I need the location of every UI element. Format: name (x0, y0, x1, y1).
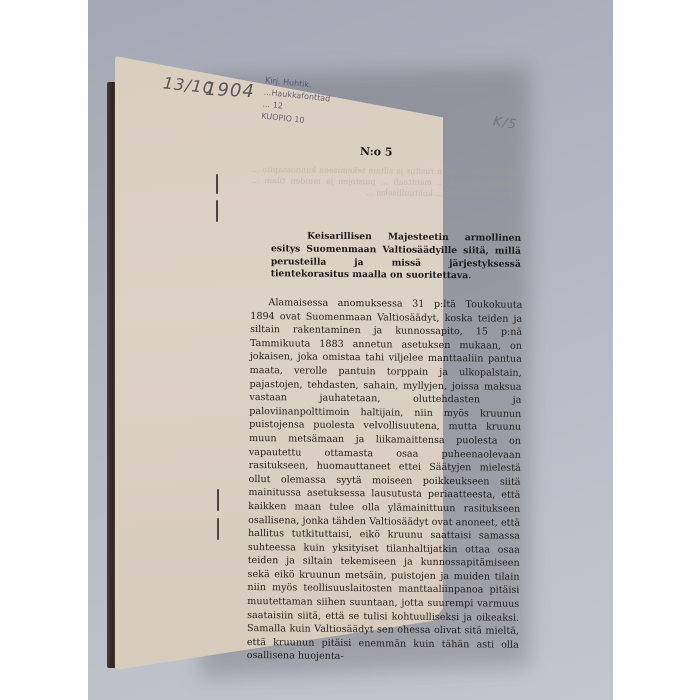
document-page: 13/10 1904 K/5 Kirj. Huhtik. ...Haukkafo… (203, 56, 531, 670)
staple-icon (217, 489, 219, 511)
document-number: N:o 5 (360, 145, 393, 159)
document-title: Keisarillisen Majesteetin armollinen esi… (271, 230, 522, 284)
library-stamp: Kirj. Huhtik. ...Haukkafonttad ... 12 KU… (261, 75, 332, 130)
staple-icon (216, 200, 218, 222)
handwritten-year: 1904 (204, 79, 255, 103)
staple-icon (217, 518, 219, 540)
show-through-text: Valtiosäädyt ... maan rasitus ja siltain… (252, 164, 522, 200)
staple-icon (216, 174, 218, 194)
handwritten-reference: K/5 (492, 114, 518, 133)
document-body: Alamaisessa anomuksessa 31 p:ltä Toukoku… (247, 296, 523, 666)
page-content: N:o 5 Valtiosäädyt ... maan rasitus ja s… (253, 56, 523, 59)
